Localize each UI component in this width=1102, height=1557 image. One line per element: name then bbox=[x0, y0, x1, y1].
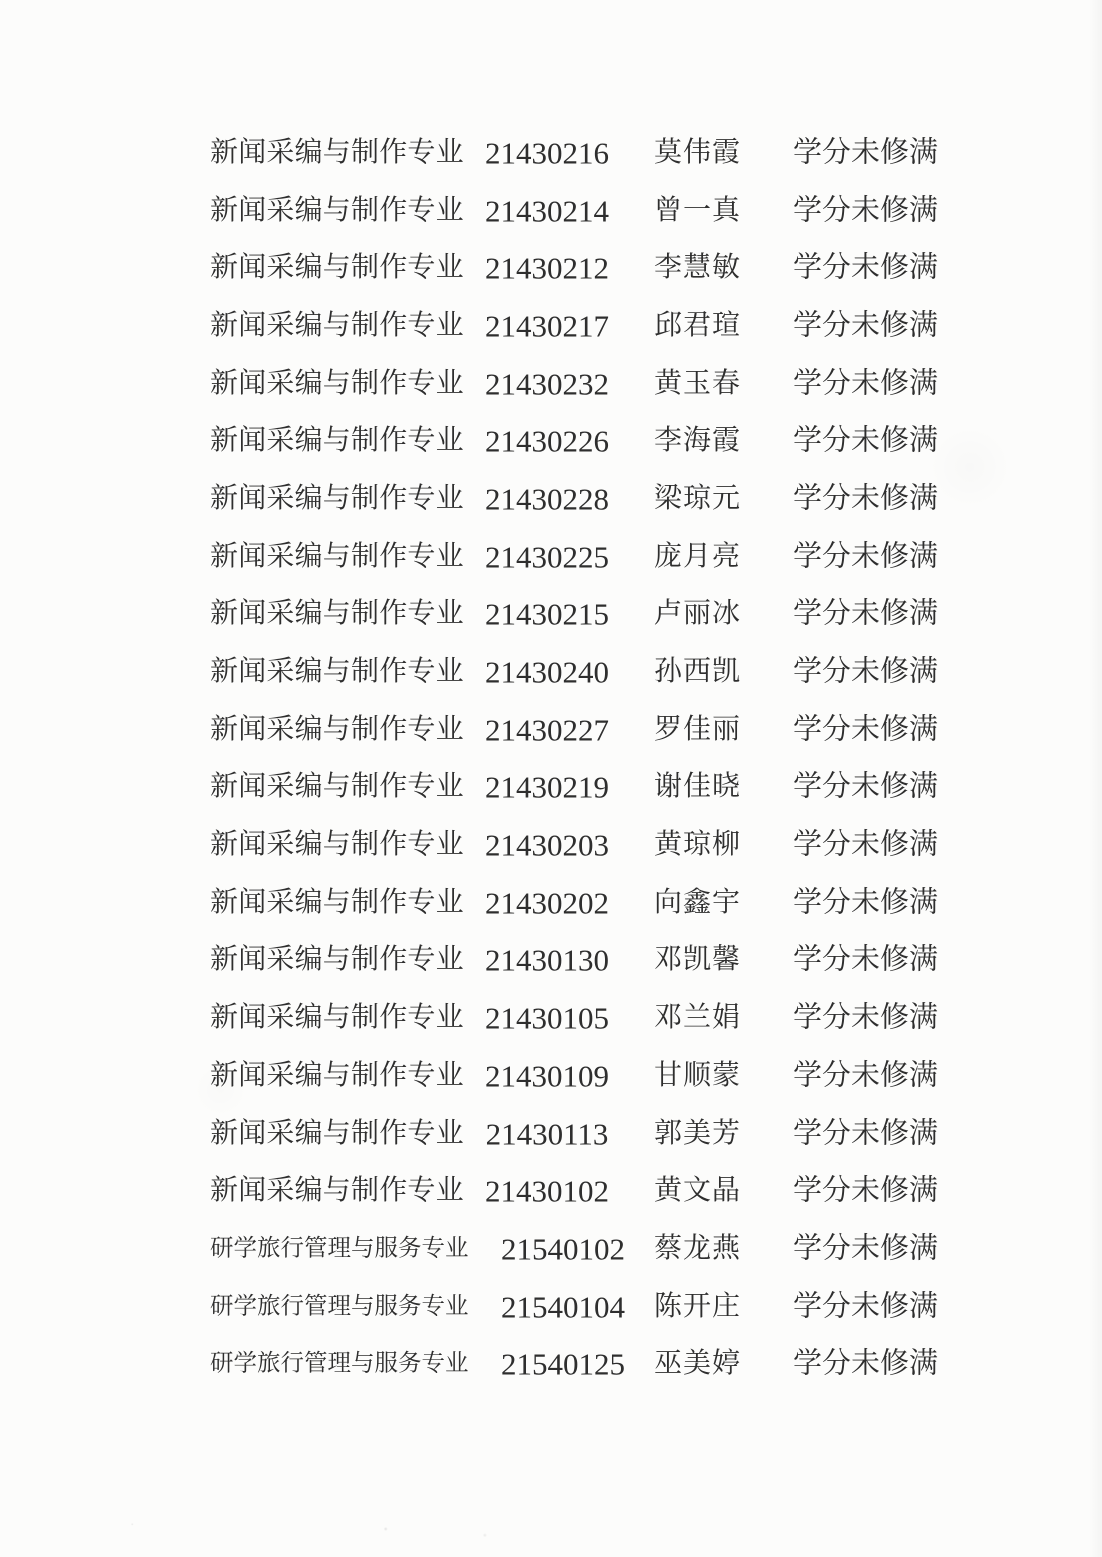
student-row: 新闻采编与制作专业 21430212 李慧敏 学分未修满 bbox=[0, 239, 1102, 297]
student-id-text: 21430203 bbox=[462, 830, 632, 861]
student-name-text: 陈开庄 bbox=[615, 1293, 780, 1321]
student-id-text: 21430215 bbox=[462, 599, 632, 630]
student-name-text: 巫美婷 bbox=[615, 1350, 780, 1378]
student-name-text: 邓凯馨 bbox=[615, 946, 780, 974]
student-id-text: 21430228 bbox=[462, 483, 632, 514]
scanned-document-page: 新闻采编与制作专业 21430216 莫伟霞 学分未修满 新闻采编与制作专业 2… bbox=[0, 0, 1102, 1557]
status-text: 学分未修满 bbox=[783, 1061, 948, 1090]
student-row: 新闻采编与制作专业 21430226 李海霞 学分未修满 bbox=[0, 412, 1102, 470]
student-row: 研学旅行管理与服务专业 21540125 巫美婷 学分未修满 bbox=[0, 1335, 1102, 1393]
status-text: 学分未修满 bbox=[783, 196, 948, 225]
student-row: 新闻采编与制作专业 21430203 黄琼柳 学分未修满 bbox=[0, 816, 1102, 874]
student-id-text: 21430219 bbox=[462, 772, 632, 803]
student-name-text: 黄玉春 bbox=[615, 370, 780, 398]
student-name-text: 庞月亮 bbox=[615, 543, 780, 571]
status-text: 学分未修满 bbox=[783, 427, 948, 456]
status-text: 学分未修满 bbox=[783, 1292, 948, 1321]
student-row: 新闻采编与制作专业 21430130 邓凯馨 学分未修满 bbox=[0, 932, 1102, 990]
student-row: 新闻采编与制作专业 21430232 黄玉春 学分未修满 bbox=[0, 355, 1102, 413]
major-text: 研学旅行管理与服务专业 bbox=[210, 1237, 469, 1261]
major-text: 新闻采编与制作专业 bbox=[210, 370, 464, 398]
student-id-text: 21430102 bbox=[462, 1176, 632, 1207]
student-id-text: 21430202 bbox=[462, 887, 632, 918]
student-name-text: 郭美芳 bbox=[615, 1120, 780, 1148]
major-text: 新闻采编与制作专业 bbox=[210, 889, 464, 917]
status-text: 学分未修满 bbox=[783, 1004, 948, 1033]
student-row: 新闻采编与制作专业 21430225 庞月亮 学分未修满 bbox=[0, 528, 1102, 586]
student-id-text: 21430113 bbox=[462, 1118, 632, 1149]
student-row: 新闻采编与制作专业 21430219 谢佳晓 学分未修满 bbox=[0, 759, 1102, 817]
student-id-text: 21430216 bbox=[462, 137, 632, 168]
student-id-text: 21430232 bbox=[462, 368, 632, 399]
major-text: 新闻采编与制作专业 bbox=[210, 197, 464, 225]
status-text: 学分未修满 bbox=[783, 311, 948, 340]
student-name-text: 李慧敏 bbox=[615, 254, 780, 282]
student-row: 新闻采编与制作专业 21430216 莫伟霞 学分未修满 bbox=[0, 124, 1102, 182]
status-text: 学分未修满 bbox=[783, 773, 948, 802]
major-text: 新闻采编与制作专业 bbox=[210, 543, 464, 571]
status-text: 学分未修满 bbox=[783, 946, 948, 975]
status-text: 学分未修满 bbox=[783, 369, 948, 398]
student-id-text: 21430105 bbox=[462, 1003, 632, 1034]
student-name-text: 梁琼元 bbox=[615, 485, 780, 513]
major-text: 新闻采编与制作专业 bbox=[210, 600, 464, 628]
student-name-text: 卢丽冰 bbox=[615, 600, 780, 628]
major-text: 新闻采编与制作专业 bbox=[210, 1062, 464, 1090]
student-row: 新闻采编与制作专业 21430240 孙西凯 学分未修满 bbox=[0, 643, 1102, 701]
status-text: 学分未修满 bbox=[783, 715, 948, 744]
student-name-text: 黄琼柳 bbox=[615, 831, 780, 859]
status-text: 学分未修满 bbox=[783, 1234, 948, 1263]
major-text: 新闻采编与制作专业 bbox=[210, 716, 464, 744]
status-text: 学分未修满 bbox=[783, 1350, 948, 1379]
student-status-list: 新闻采编与制作专业 21430216 莫伟霞 学分未修满 新闻采编与制作专业 2… bbox=[0, 124, 1102, 1393]
major-text: 新闻采编与制作专业 bbox=[210, 773, 464, 801]
student-id-text: 21430240 bbox=[462, 657, 632, 688]
student-id-text: 21430109 bbox=[462, 1060, 632, 1091]
status-text: 学分未修满 bbox=[783, 888, 948, 917]
status-text: 学分未修满 bbox=[783, 600, 948, 629]
student-row: 研学旅行管理与服务专业 21540102 蔡龙燕 学分未修满 bbox=[0, 1220, 1102, 1278]
major-text: 新闻采编与制作专业 bbox=[210, 1120, 464, 1148]
student-id-text: 21430227 bbox=[462, 714, 632, 745]
student-id-text: 21430226 bbox=[462, 426, 632, 457]
major-text: 新闻采编与制作专业 bbox=[210, 1004, 464, 1032]
student-name-text: 邓兰娟 bbox=[615, 1004, 780, 1032]
major-text: 新闻采编与制作专业 bbox=[210, 946, 464, 974]
major-text: 研学旅行管理与服务专业 bbox=[210, 1353, 469, 1377]
student-row: 新闻采编与制作专业 21430109 甘顺蒙 学分未修满 bbox=[0, 1047, 1102, 1105]
major-text: 新闻采编与制作专业 bbox=[210, 139, 464, 167]
student-row: 新闻采编与制作专业 21430217 邱君瑄 学分未修满 bbox=[0, 297, 1102, 355]
student-row: 新闻采编与制作专业 21430228 梁琼元 学分未修满 bbox=[0, 470, 1102, 528]
major-text: 新闻采编与制作专业 bbox=[210, 1177, 464, 1205]
student-name-text: 黄文晶 bbox=[615, 1177, 780, 1205]
student-name-text: 谢佳晓 bbox=[615, 773, 780, 801]
student-name-text: 曾一真 bbox=[615, 197, 780, 225]
student-id-text: 21430130 bbox=[462, 945, 632, 976]
status-text: 学分未修满 bbox=[783, 658, 948, 687]
student-name-text: 蔡龙燕 bbox=[615, 1235, 780, 1263]
status-text: 学分未修满 bbox=[783, 831, 948, 860]
student-name-text: 向鑫宇 bbox=[615, 889, 780, 917]
student-id-text: 21430212 bbox=[462, 253, 632, 284]
major-text: 新闻采编与制作专业 bbox=[210, 312, 464, 340]
major-text: 新闻采编与制作专业 bbox=[210, 427, 464, 455]
status-text: 学分未修满 bbox=[783, 542, 948, 571]
student-row: 新闻采编与制作专业 21430105 邓兰娟 学分未修满 bbox=[0, 989, 1102, 1047]
student-row: 研学旅行管理与服务专业 21540104 陈开庄 学分未修满 bbox=[0, 1278, 1102, 1336]
status-text: 学分未修满 bbox=[783, 138, 948, 167]
major-text: 新闻采编与制作专业 bbox=[210, 831, 464, 859]
major-text: 新闻采编与制作专业 bbox=[210, 485, 464, 513]
status-text: 学分未修满 bbox=[783, 484, 948, 513]
status-text: 学分未修满 bbox=[783, 1177, 948, 1206]
student-name-text: 邱君瑄 bbox=[615, 312, 780, 340]
student-id-text: 21430217 bbox=[462, 310, 632, 341]
student-row: 新闻采编与制作专业 21430113 郭美芳 学分未修满 bbox=[0, 1105, 1102, 1163]
student-id-text: 21430225 bbox=[462, 541, 632, 572]
student-name-text: 莫伟霞 bbox=[615, 139, 780, 167]
student-row: 新闻采编与制作专业 21430227 罗佳丽 学分未修满 bbox=[0, 701, 1102, 759]
student-name-text: 罗佳丽 bbox=[615, 716, 780, 744]
student-row: 新闻采编与制作专业 21430215 卢丽冰 学分未修满 bbox=[0, 586, 1102, 644]
student-row: 新闻采编与制作专业 21430102 黄文晶 学分未修满 bbox=[0, 1162, 1102, 1220]
major-text: 研学旅行管理与服务专业 bbox=[210, 1295, 469, 1319]
status-text: 学分未修满 bbox=[783, 254, 948, 283]
major-text: 新闻采编与制作专业 bbox=[210, 658, 464, 686]
status-text: 学分未修满 bbox=[783, 1119, 948, 1148]
student-row: 新闻采编与制作专业 21430202 向鑫宇 学分未修满 bbox=[0, 874, 1102, 932]
student-name-text: 孙西凯 bbox=[615, 658, 780, 686]
student-row: 新闻采编与制作专业 21430214 曾一真 学分未修满 bbox=[0, 182, 1102, 240]
major-text: 新闻采编与制作专业 bbox=[210, 254, 464, 282]
student-name-text: 李海霞 bbox=[615, 427, 780, 455]
student-name-text: 甘顺蒙 bbox=[615, 1062, 780, 1090]
student-id-text: 21430214 bbox=[462, 195, 632, 226]
